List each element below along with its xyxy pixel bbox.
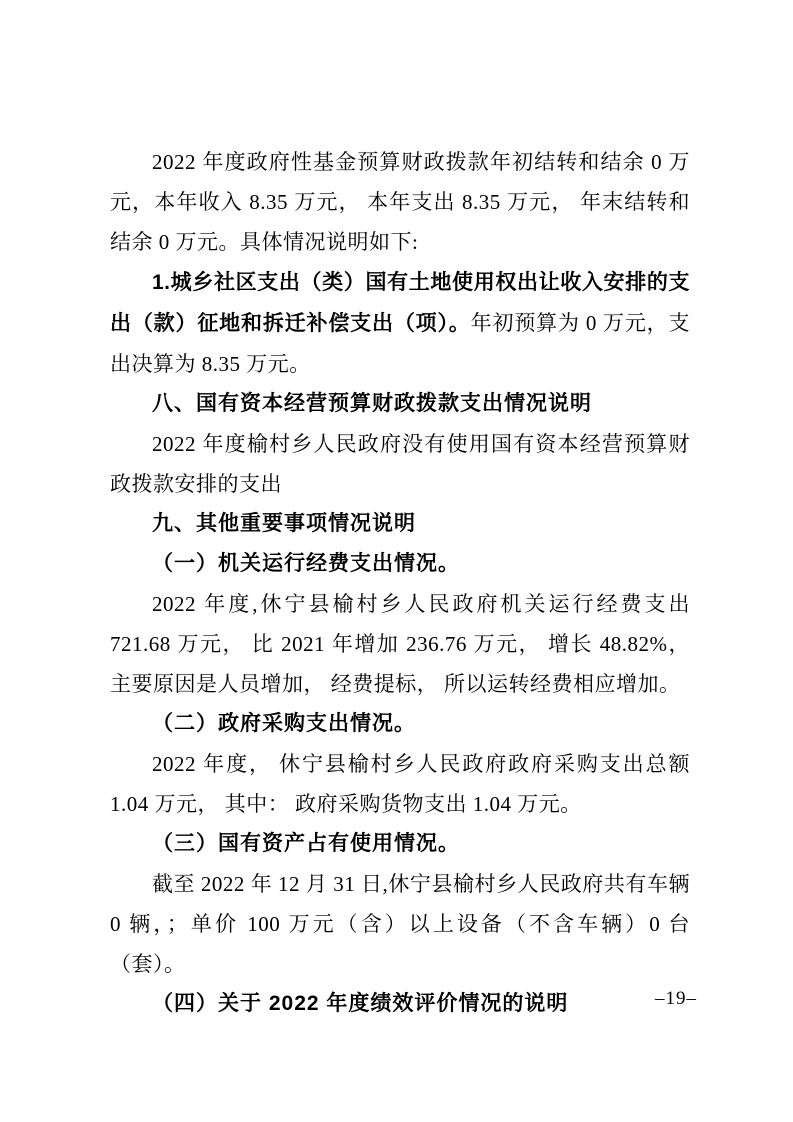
paragraph-urban-community-expense: 1.城乡社区支出（类）国有土地使用权出让收入安排的支出（款）征地和拆迁补偿支出（… xyxy=(110,262,690,384)
document-content: 2022 年度政府性基金预算财政拨款年初结转和结余 0 万元，本年收入 8.35… xyxy=(110,142,690,1024)
heading-section-9-other-matters: 九、其他重要事项情况说明 xyxy=(110,504,690,544)
paragraph-state-capital-budget: 2022 年度榆村乡人民政府没有使用国有资本经营预算财政拨款安排的支出 xyxy=(110,424,690,504)
heading-9-3-state-assets: （三）国有资产占有使用情况。 xyxy=(110,824,690,864)
heading-9-2-procurement: （二）政府采购支出情况。 xyxy=(110,704,690,744)
paragraph-operating-expense: 2022 年度,休宁县榆村乡人民政府机关运行经费支出 721.68 万元， 比 … xyxy=(110,584,690,704)
heading-9-4-performance-evaluation: （四）关于 2022 年度绩效评价情况的说明 xyxy=(110,984,690,1024)
heading-9-1-operating-expense: （一）机关运行经费支出情况。 xyxy=(110,544,690,584)
paragraph-state-assets: 截至 2022 年 12 月 31 日,休宁县榆村乡人民政府共有车辆 0 辆，；… xyxy=(110,864,690,984)
paragraph-gov-fund-summary: 2022 年度政府性基金预算财政拨款年初结转和结余 0 万元，本年收入 8.35… xyxy=(110,142,690,262)
heading-section-8-state-capital: 八、国有资本经营预算财政拨款支出情况说明 xyxy=(110,384,690,424)
document-page: 2022 年度政府性基金预算财政拨款年初结转和结余 0 万元，本年收入 8.35… xyxy=(0,0,793,1122)
page-number: –19– xyxy=(655,988,697,1010)
paragraph-procurement: 2022 年度， 休宁县榆村乡人民政府政府采购支出总额 1.04 万元， 其中：… xyxy=(110,744,690,824)
